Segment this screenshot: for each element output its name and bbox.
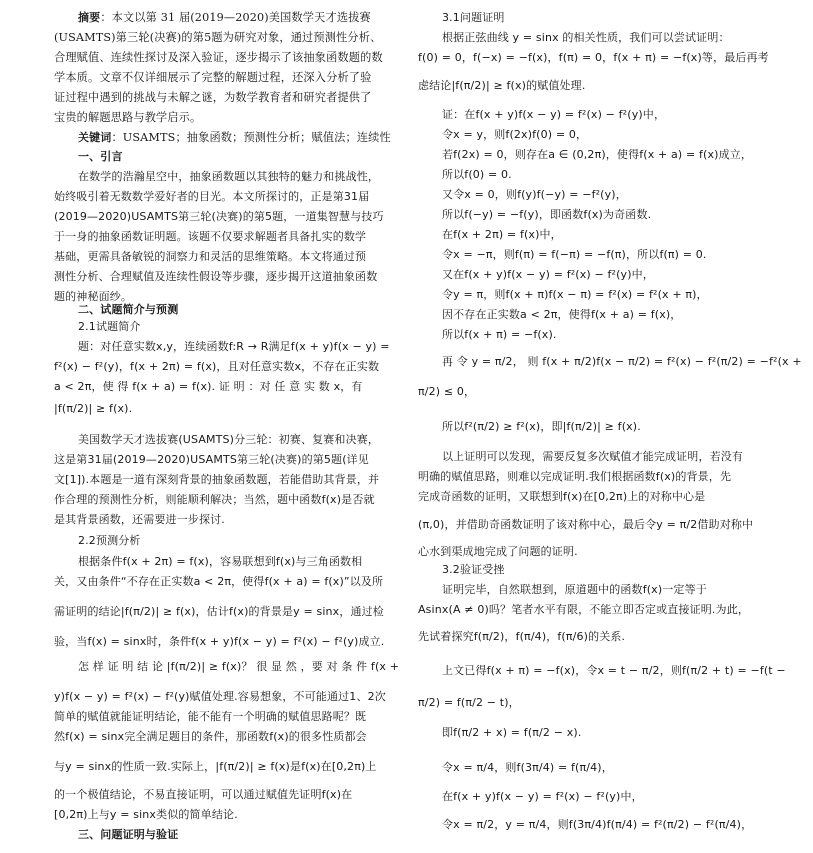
section-heading-intro: 一、引言: [78, 150, 123, 164]
body-line: 简单的赋值就能证明结论，能不能有一个明确的赋值思路呢？既: [54, 710, 366, 724]
body-line: 根据条件f(x + 2π) = f(x)，容易联想到f(x)与三角函数相: [78, 555, 362, 569]
body-line: 的一个极值结论，不易直接证明，可以通过赋值先证明f(x)在: [54, 788, 352, 802]
keywords-line: 关键词：USAMTS；抽象函数；预测性分析；赋值法；连续性: [78, 131, 391, 145]
body-line: 测性分析、合理赋值及连续性假设等步骤，逐步揭开这道抽象函数: [54, 270, 377, 284]
body-line: [0,2π)上与y = sinx类似的简单结论.: [54, 808, 238, 822]
proof-line: 所以f(−y) = −f(y)，即函数f(x)为奇函数.: [442, 208, 651, 222]
body-line: 于一身的抽象函数证明题。该题不仅要求解题者具备扎实的数学: [54, 230, 366, 244]
body-line: 完成奇函数的证明，又联想到f(x)在[0,2π)上的对称中心是: [418, 490, 705, 504]
body-line: 即f(π/2 + x) = f(π/2 − x).: [442, 726, 581, 740]
body-line: (π,0)，并借助奇函数证明了该对称中心，最后令y = π/2借助对称中: [418, 518, 753, 532]
abstract-line: 学本质。文章不仅详细展示了完整的解题过程，还深入分析了验: [54, 71, 371, 85]
abstract-label: 摘要: [78, 11, 100, 24]
body-line: π/2) = f(π/2 − t)，: [418, 696, 520, 710]
abstract-line: 证过程中遇到的挑战与未解之谜，为数学教育者和研究者提供了: [54, 91, 371, 105]
body-line: 验，当f(x) = sinx时，条件f(x + y)f(x − y) = f²(…: [54, 635, 384, 649]
body-line: 需证明的结论|f(π/2)| ≥ f(x)，估计f(x)的背景是y = sinx…: [54, 605, 384, 619]
proof-line: 在f(x + 2π) = f(x)中，: [442, 228, 562, 242]
section-heading-problem: 二、试题简介与预测: [78, 303, 178, 317]
body-line: 在数学的浩瀚星空中，抽象函数题以其独特的魅力和挑战性，: [78, 170, 379, 184]
body-line: 文[1]).本题是一道有深刻背景的抽象函数题，若能借助其背景，并: [54, 473, 379, 487]
body-line: 证明完毕，自然联想到，原道题中的函数f(x)一定等于: [442, 583, 707, 597]
body-line: 上文已得f(x + π) = −f(x)，令x = t − π/2，则f(π/2…: [442, 664, 786, 678]
body-line: 这是第31届(2019—2020)USAMTS第三轮(决赛)的第5题(详见: [54, 453, 369, 467]
body-line: (2019—2020)USAMTS第三轮(决赛)的第5题，一道集智慧与技巧: [54, 210, 384, 224]
section-heading-proof: 三、问题证明与验证: [78, 828, 178, 842]
abstract-line: 宝贵的解题思路与教学启示。: [54, 111, 201, 125]
abstract-line: 合理赋值、连续性探讨及深入验证，逐步揭示了该抽象函数题的数: [54, 51, 383, 65]
abstract-line: 摘要：本文以第 31 届(2019—2020)美国数学天才选拔赛: [78, 11, 371, 25]
body-line: 虑结论|f(π/2)| ≥ f(x)的赋值处理.: [418, 79, 585, 93]
subsection-heading: 2.1试题简介: [78, 320, 141, 334]
proof-line: 令y = π，则f(x + π)f(x − π) = f²(x) = f²(x …: [442, 288, 708, 302]
body-line: 美国数学天才选拔赛(USAMTS)分三轮：初赛、复赛和决赛，: [78, 433, 379, 447]
proof-line: 再 令 y = π/2， 则 f(x + π/2)f(x − π/2) = f²…: [442, 355, 802, 369]
problem-line: 题：对任意实数x,y，连续函数f:R → R满足f(x + y)f(x − y)…: [78, 340, 390, 354]
proof-line: 又在f(x + y)f(x − y) = f²(x) − f²(y)中，: [442, 268, 654, 282]
body-line: 关，又由条件“不存在正实数a < 2π，使得f(x + a) = f(x)”以及…: [54, 575, 383, 589]
body-line: 以上证明可以发现，需要反复多次赋值才能完成证明，若没有: [442, 450, 743, 464]
problem-line: a < 2π，使 得 f(x + a) = f(x). 证 明 ：对 任 意 实…: [54, 380, 363, 394]
proof-line: 又令x = 0，则f(y)f(−y) = −f²(y)，: [442, 188, 627, 202]
body-line: Asinx(A ≠ 0)吗？笔者水平有限，不能立即否定或直接证明.为此，: [418, 603, 749, 617]
body-line: 根据正弦曲线 y = sinx 的相关性质，我们可以尝试证明：: [442, 31, 730, 45]
body-line: 心水到渠成地完成了问题的证明.: [418, 545, 578, 559]
body-line: 令x = π/2，y = π/4，则f(3π/4)f(π/4) = f²(π/2…: [442, 818, 752, 832]
proof-line: 证：在f(x + y)f(x − y) = f²(x) − f²(y)中，: [442, 108, 665, 122]
proof-line: 若f(2x) = 0，则存在a ∈ (0,2π)，使得f(x + a) = f(…: [442, 148, 752, 162]
problem-line: |f(π/2)| ≥ f(x).: [54, 402, 132, 416]
body-line: 先试着探究f(π/2)，f(π/4)，f(π/6)的关系.: [418, 630, 625, 644]
body-line: f(0) = 0，f(−x) = −f(x)，f(π) = 0，f(x + π)…: [418, 51, 769, 65]
body-line: 是其背景函数，还需要进一步探讨.: [54, 513, 225, 527]
body-line: 在f(x + y)f(x − y) = f²(x) − f²(y)中，: [442, 790, 643, 804]
body-line: 明确的赋值思路，则难以完成证明.我们根据函数f(x)的背景，先: [418, 470, 731, 484]
proof-line: 所以f²(π/2) ≥ f²(x)，即|f(π/2)| ≥ f(x).: [442, 420, 641, 434]
body-line: 题的神秘面纱。: [54, 290, 132, 304]
subsection-heading: 3.2验证受挫: [442, 563, 505, 577]
proof-line: 令x = y，则f(2x)f(0) = 0，: [442, 128, 587, 142]
proof-line: 因不存在正实数a < 2π，使得f(x + a) = f(x)，: [442, 308, 681, 322]
proof-line: 所以f(0) = 0.: [442, 168, 512, 182]
body-line: 怎 样 证 明 结 论 |f(π/2)| ≥ f(x)？ 很 显 然 ，要 对 …: [78, 660, 399, 674]
body-line: 与y = sinx的性质一致.实际上，|f(π/2)| ≥ f(x)是f(x)在…: [54, 760, 377, 774]
body-line: y)f(x − y) = f²(x) − f²(y)赋值处理.容易想象，不可能通…: [54, 690, 386, 704]
body-line: 然f(x) = sinx完全满足题目的条件，那函数f(x)的很多性质都会: [54, 730, 367, 744]
problem-line: f²(x) − f²(y)，f(x + 2π) = f(x)，且对任意实数x，不…: [54, 360, 379, 374]
body-line: 令x = π/4，则f(3π/4) = f(π/4)，: [442, 761, 613, 775]
proof-line: 所以f(x + π) = −f(x).: [442, 328, 557, 342]
proof-line: π/2) ≤ 0，: [418, 385, 475, 399]
abstract-line: (USAMTS)第三轮(决赛)的第5题为研究对象，通过预测性分析、: [54, 31, 381, 45]
subsection-heading: 2.2预测分析: [78, 534, 141, 548]
body-line: 始终吸引着无数数学爱好者的目光。本文所探讨的，正是第31届: [54, 190, 369, 204]
body-line: 作合理的预测性分析，则能顺利解决；当然，题中函数f(x)是否就: [54, 493, 375, 507]
subsection-heading: 3.1问题证明: [442, 11, 505, 25]
proof-line: 令x = −π，则f(π) = f(−π) = −f(π)，所以f(π) = 0…: [442, 248, 707, 262]
body-line: 基础，更需具备敏锐的洞察力和灵活的思维策略。本文将通过预: [54, 250, 366, 264]
keywords-label: 关键词: [78, 131, 111, 144]
